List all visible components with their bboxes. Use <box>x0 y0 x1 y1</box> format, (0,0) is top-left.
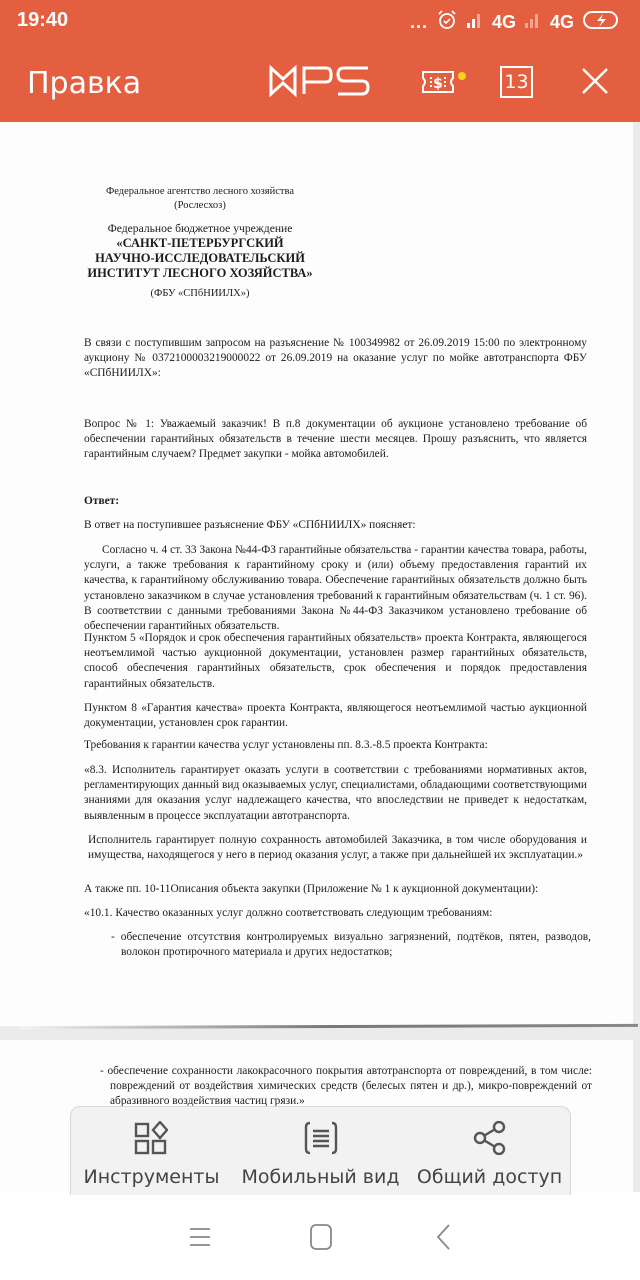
tools-button[interactable]: Инструменты <box>71 1107 232 1195</box>
agency-name: Федеральное агентство лесного хозяйства <box>60 185 340 199</box>
back-icon[interactable] <box>434 1223 454 1256</box>
page-count-button[interactable]: 13 <box>500 66 533 98</box>
mobile-view-label: Мобильный вид <box>242 1166 400 1188</box>
document-viewer[interactable]: Федеральное агентство лесного хозяйства … <box>0 122 640 1192</box>
document-page-1: Федеральное агентство лесного хозяйства … <box>0 122 633 1026</box>
close-icon[interactable] <box>580 66 610 101</box>
edit-button[interactable]: Правка <box>27 66 141 101</box>
bullet-item-1: - обеспечение отсутствия контролируемых … <box>107 930 591 960</box>
institution-short: (ФБУ «СПбНИИЛХ») <box>60 287 340 301</box>
agency-short: (Рослесхоз) <box>60 199 340 213</box>
status-icons: ... 4G 4G <box>410 8 622 36</box>
signal-icon <box>466 11 484 34</box>
system-nav-bar <box>0 1195 640 1280</box>
answer-paragraph-2: Пунктом 5 «Порядок и срок обеспечения га… <box>84 631 587 692</box>
wps-logo-icon <box>268 64 372 103</box>
notification-badge <box>458 72 466 80</box>
answer-paragraph-1: Согласно ч. 4 ст. 33 Закона №44-ФЗ гаран… <box>84 543 587 634</box>
status-time: 19:40 <box>17 9 68 32</box>
institution-name-line-2: НАУЧНО-ИССЛЕДОВАТЕЛЬСКИЙ <box>60 251 340 266</box>
signal-icon <box>524 11 542 34</box>
svg-text:$: $ <box>433 76 443 92</box>
alarm-icon <box>436 9 458 36</box>
institution-type: Федеральное бюджетное учреждение <box>60 221 340 236</box>
mobile-view-icon <box>303 1121 339 1160</box>
answer-intro: В ответ на поступившее разъяснение ФБУ «… <box>84 518 587 533</box>
coupon-icon[interactable]: $ <box>420 68 456 101</box>
home-icon[interactable] <box>309 1223 333 1256</box>
share-button[interactable]: Общий доступ <box>409 1107 570 1195</box>
share-icon <box>473 1121 507 1160</box>
answer-paragraph-3: Пунктом 8 «Гарантия качества» проекта Ко… <box>84 701 587 731</box>
answer-paragraph-7: А также пп. 10-11Описания объекта закупк… <box>84 882 587 897</box>
tools-label: Инструменты <box>84 1166 220 1188</box>
answer-paragraph-5: «8.3. Исполнитель гарантирует оказать ус… <box>84 763 587 824</box>
battery-charging-icon <box>582 9 622 36</box>
notification-dots: ... <box>410 12 428 33</box>
answer-paragraph-8: «10.1. Качество оказанных услуг должно с… <box>84 906 587 921</box>
toolbar: Правка $ 13 <box>0 44 640 122</box>
answer-heading: Ответ: <box>84 494 587 509</box>
question-paragraph: Вопрос № 1: Уважаемый заказчик! В п.8 до… <box>84 417 587 463</box>
tools-icon <box>134 1121 168 1160</box>
bottom-action-panel: Инструменты Мобильный вид Общий доступ <box>70 1106 571 1195</box>
institution-name-line-1: «САНКТ-ПЕТЕРБУРГСКИЙ <box>60 236 340 251</box>
menu-icon[interactable] <box>188 1225 212 1254</box>
letterhead: Федеральное агентство лесного хозяйства … <box>60 185 340 301</box>
answer-paragraph-6: Исполнитель гарантирует полную сохраннос… <box>84 833 587 863</box>
status-bar: 19:40 ... 4G 4G <box>0 0 640 44</box>
share-label: Общий доступ <box>417 1166 562 1188</box>
network-type-1: 4G <box>492 12 516 33</box>
institution-name-line-3: ИНСТИТУТ ЛЕСНОГО ХОЗЯЙСТВА» <box>60 266 340 281</box>
intro-paragraph: В связи с поступившим запросом на разъяс… <box>84 336 587 382</box>
bullet-item-2: - обеспечение сохранности лакокрасочного… <box>96 1064 592 1110</box>
mobile-view-button[interactable]: Мобильный вид <box>232 1107 409 1195</box>
app-header: 19:40 ... 4G 4G Правка <box>0 0 640 122</box>
network-type-2: 4G <box>550 12 574 33</box>
answer-paragraph-4: Требования к гарантии качества услуг уст… <box>84 738 587 753</box>
